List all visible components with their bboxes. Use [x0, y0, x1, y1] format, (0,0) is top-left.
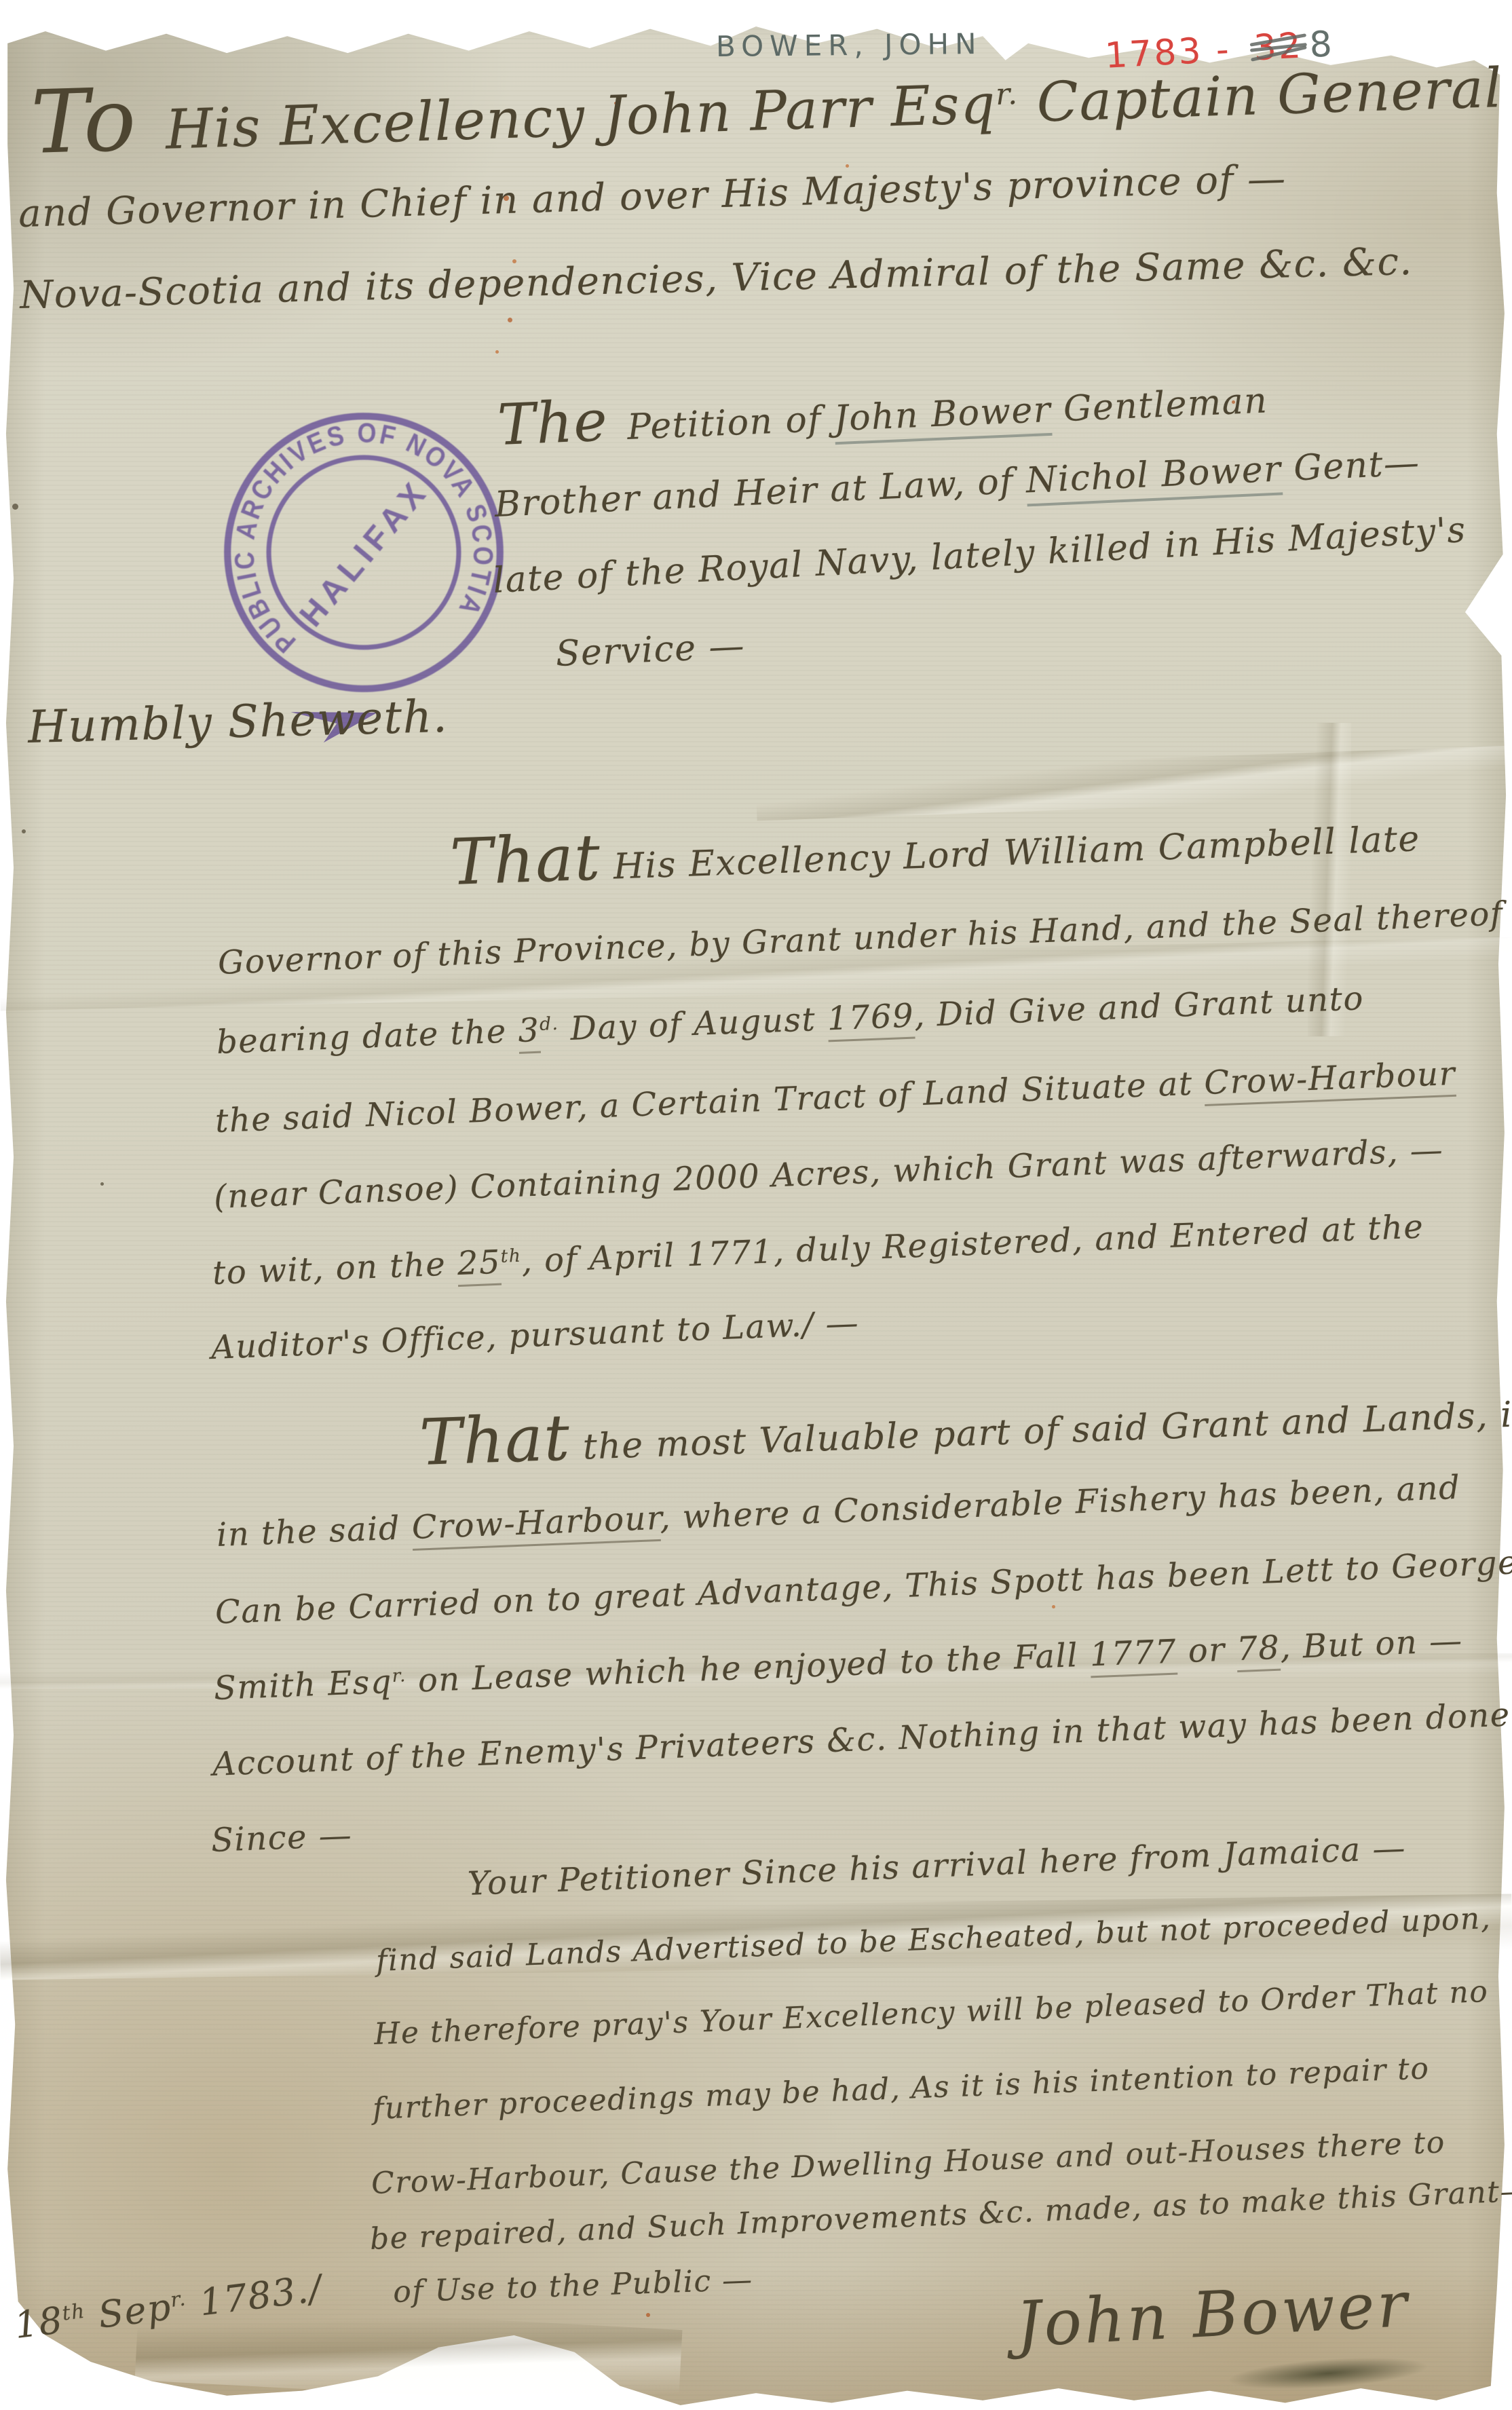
date-ordinal-superscript: th [61, 2299, 87, 2326]
petition-line-4: Service — [555, 628, 746, 672]
year-78-underlined: 78 [1236, 1629, 1281, 1672]
para2-line-4-end: , But on — [1279, 1621, 1463, 1666]
esq-superscript: r. [995, 77, 1019, 112]
para2-line-4-or: or [1176, 1630, 1237, 1670]
petition-line-2-end: Gent— [1281, 443, 1421, 489]
petition-the: The [496, 387, 628, 458]
petition-line-1-text: Petition of [626, 398, 835, 448]
document-scan: BOWER, JOHN 1783 -328 PUBLIC ARCHIVES OF… [0, 0, 1512, 2410]
date-day: 18 [12, 2299, 66, 2347]
para2-that: That [418, 1401, 571, 1480]
year-1769-underlined: 1769 [827, 997, 915, 1042]
humbly-sheweth: Humbly Sheweth. [27, 694, 449, 750]
day-ordinal-superscript: d. [539, 1013, 559, 1035]
ordinal-th-superscript: th [500, 1245, 522, 1267]
para2-line-4-text: Smith Esq [213, 1663, 393, 1708]
address-line-1-end: Captain General [1017, 56, 1503, 134]
para2-line-2-text: in the said [216, 1509, 413, 1554]
petitioner-name-underlined: John Bower [833, 390, 1053, 445]
address-to: To [30, 69, 167, 174]
esq-superscript: r. [392, 1665, 407, 1687]
para2-line-6: Since — [210, 1819, 353, 1857]
date-25-underlined: 25 [457, 1243, 502, 1287]
para1-that: That [449, 821, 602, 900]
day-number-underlined: 3 [517, 1011, 540, 1054]
year-1777-underlined: 1777 [1089, 1633, 1177, 1678]
